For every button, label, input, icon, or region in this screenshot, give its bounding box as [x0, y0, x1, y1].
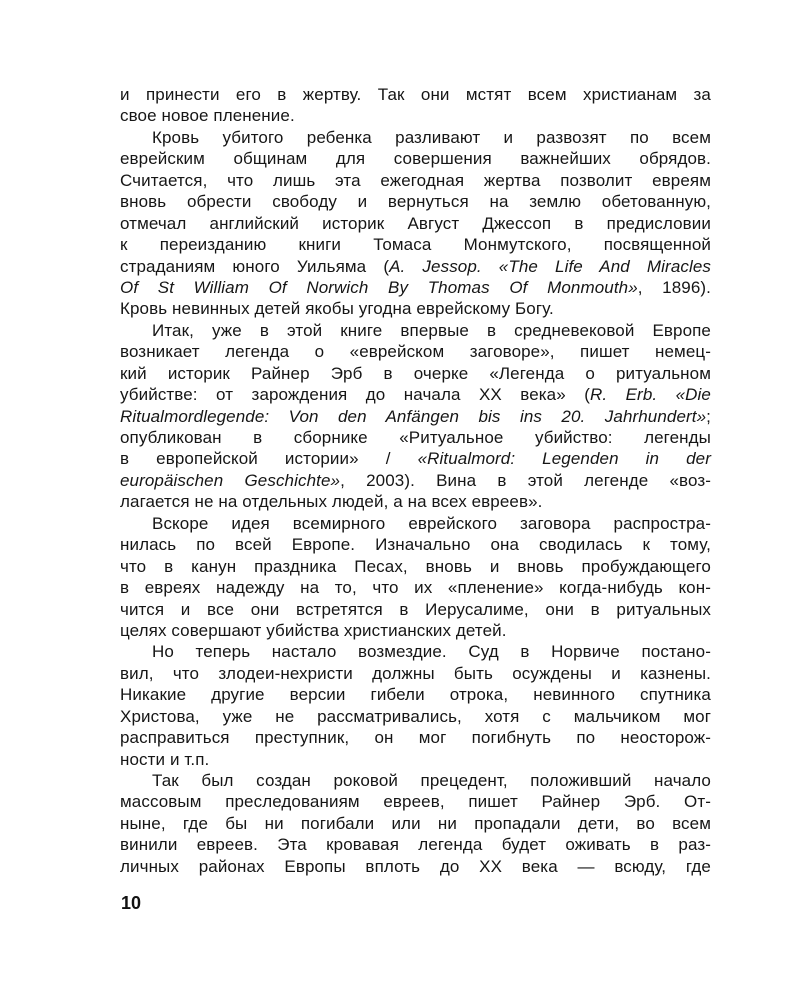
citation-italic-text: R. Erb. «Die	[590, 385, 711, 404]
text-line: Кровь невинных детей якобы угодна еврейс…	[120, 298, 711, 319]
body-text: ныне, где бы ни погибали или ни пропадал…	[120, 814, 711, 833]
text-line: отмечал английский историк Август Джессо…	[120, 213, 711, 234]
text-line: Никакие другие версии гибели отрока, нев…	[120, 684, 711, 705]
body-text: опубликован в сборнике «Ритуальное убийс…	[120, 428, 711, 447]
text-line: расправиться преступник, он мог погибнут…	[120, 727, 711, 748]
text-line: опубликован в сборнике «Ритуальное убийс…	[120, 427, 711, 448]
text-line: вил, что злодеи-нехристи должны быть осу…	[120, 663, 711, 684]
body-text: Считается, что лишь эта ежегодная жертва…	[120, 171, 711, 190]
body-text: , 1896).	[638, 278, 711, 297]
body-text: ;	[706, 407, 711, 426]
page-number: 10	[121, 892, 141, 914]
text-line: страданиям юного Уильяма (A. Jessop. «Th…	[120, 256, 711, 277]
body-text: еврейским общинам для совершения важнейш…	[120, 149, 711, 168]
text-line: и принести его в жертву. Так они мстят в…	[120, 84, 711, 105]
body-text: кий историк Райнер Эрб в очерке «Легенда…	[120, 364, 711, 383]
citation-italic-text: Ritualmordlegende: Von den Anfängen bis …	[120, 407, 706, 426]
text-line: Считается, что лишь эта ежегодная жертва…	[120, 170, 711, 191]
body-text: в европейской истории» /	[120, 449, 418, 468]
page-text: и принести его в жертву. Так они мстят в…	[120, 84, 711, 877]
body-text: что в канун праздника Песах, вновь и вно…	[120, 557, 711, 576]
text-line: целях совершают убийства христианских де…	[120, 620, 711, 641]
body-text: нилась по всей Европе. Изначально она св…	[120, 535, 711, 554]
text-line: нилась по всей Европе. Изначально она св…	[120, 534, 711, 555]
text-line: Так был создан роковой прецедент, положи…	[120, 770, 711, 791]
text-line: Итак, уже в этой книге впервые в среднев…	[120, 320, 711, 341]
text-line: Христова, уже не рассматривались, хотя с…	[120, 706, 711, 727]
citation-italic-text: europäischen Geschichte»	[120, 471, 340, 490]
body-text: отмечал английский историк Август Джессо…	[120, 214, 711, 233]
body-text: Кровь убитого ребенка разливают и развоз…	[152, 128, 711, 147]
text-line: Ritualmordlegende: Von den Anfängen bis …	[120, 406, 711, 427]
body-text: , 2003). Вина в этой легенде «воз-	[340, 471, 711, 490]
citation-italic-text: A. Jessop. «The Life And Miracles	[389, 257, 711, 276]
body-text: Итак, уже в этой книге впервые в среднев…	[152, 321, 711, 340]
body-text: личных районах Европы вплоть до XX века …	[120, 857, 711, 876]
body-text: вновь обрести свободу и вернуться на зем…	[120, 192, 711, 211]
text-line: Вскоре идея всемирного еврейского загово…	[120, 513, 711, 534]
text-line: возникает легенда о «еврейском заговоре»…	[120, 341, 711, 362]
text-line: Of St William Of Norwich By Thomas Of Mo…	[120, 277, 711, 298]
body-text: расправиться преступник, он мог погибнут…	[120, 728, 711, 747]
text-line: ности и т.п.	[120, 749, 711, 770]
text-line: к переизданию книги Томаса Монмутского, …	[120, 234, 711, 255]
text-line: кий историк Райнер Эрб в очерке «Легенда…	[120, 363, 711, 384]
text-line: ныне, где бы ни погибали или ни пропадал…	[120, 813, 711, 834]
text-line: еврейским общинам для совершения важнейш…	[120, 148, 711, 169]
text-line: Кровь убитого ребенка разливают и развоз…	[120, 127, 711, 148]
body-text: ности и т.п.	[120, 750, 209, 769]
body-text: массовым преследованиям евреев, пишет Ра…	[120, 792, 711, 811]
body-text: свое новое пленение.	[120, 106, 295, 125]
text-line: europäischen Geschichte», 2003). Вина в …	[120, 470, 711, 491]
citation-italic-text: Of St William Of Norwich By Thomas Of Mo…	[120, 278, 638, 297]
body-text: убийстве: от зарождения до начала XX век…	[120, 385, 590, 404]
body-text: страданиям юного Уильяма (	[120, 257, 389, 276]
text-line: массовым преследованиям евреев, пишет Ра…	[120, 791, 711, 812]
body-text: целях совершают убийства христианских де…	[120, 621, 507, 640]
text-line: винили евреев. Эта кровавая легенда буде…	[120, 834, 711, 855]
body-text: в евреях надежду на то, что их «пленение…	[120, 578, 711, 597]
body-text: Христова, уже не рассматривались, хотя с…	[120, 707, 711, 726]
text-line: Но теперь настало возмездие. Суд в Норви…	[120, 641, 711, 662]
body-text: лагается не на отдельных людей, а на все…	[120, 492, 542, 511]
body-text: Но теперь настало возмездие. Суд в Норви…	[152, 642, 711, 661]
text-line: в европейской истории» / «Ritualmord: Le…	[120, 448, 711, 469]
text-line: в евреях надежду на то, что их «пленение…	[120, 577, 711, 598]
book-page: и принести его в жертву. Так они мстят в…	[0, 0, 800, 1000]
text-line: что в канун праздника Песах, вновь и вно…	[120, 556, 711, 577]
text-line: убийстве: от зарождения до начала XX век…	[120, 384, 711, 405]
body-text: возникает легенда о «еврейском заговоре»…	[120, 342, 711, 361]
body-text: вил, что злодеи-нехристи должны быть осу…	[120, 664, 711, 683]
body-text: винили евреев. Эта кровавая легенда буде…	[120, 835, 711, 854]
text-line: чится и все они встретятся в Иерусалиме,…	[120, 599, 711, 620]
text-line: свое новое пленение.	[120, 105, 711, 126]
body-text: Кровь невинных детей якобы угодна еврейс…	[120, 299, 554, 318]
body-text: и принести его в жертву. Так они мстят в…	[120, 85, 711, 104]
text-line: вновь обрести свободу и вернуться на зем…	[120, 191, 711, 212]
text-line: лагается не на отдельных людей, а на все…	[120, 491, 711, 512]
body-text: к переизданию книги Томаса Монмутского, …	[120, 235, 711, 254]
text-line: личных районах Европы вплоть до XX века …	[120, 856, 711, 877]
body-text: Никакие другие версии гибели отрока, нев…	[120, 685, 711, 704]
body-text: Вскоре идея всемирного еврейского загово…	[152, 514, 711, 533]
body-text: Так был создан роковой прецедент, положи…	[152, 771, 711, 790]
body-text: чится и все они встретятся в Иерусалиме,…	[120, 600, 711, 619]
citation-italic-text: «Ritualmord: Legenden in der	[418, 449, 711, 468]
